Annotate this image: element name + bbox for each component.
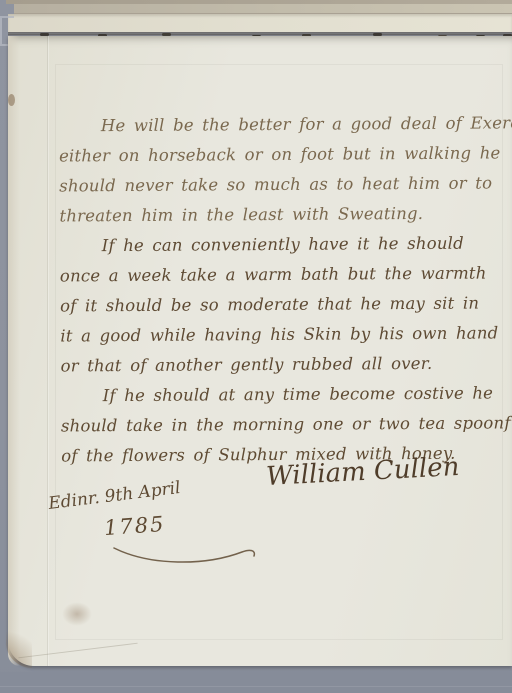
letter-paragraph: If he can conveniently have it he should…	[60, 229, 481, 382]
bottom-crease	[18, 643, 137, 659]
deckle-edge	[8, 36, 20, 666]
letter-line: it a good while having his Skin by his o…	[60, 319, 480, 352]
letter-line: If he should at any time become costive …	[61, 379, 481, 412]
paper-stain	[62, 602, 92, 626]
letter-line: of it should be so moderate that he may …	[60, 289, 480, 322]
letter-line: threaten him in the least with Sweating.	[59, 199, 479, 232]
page-edge-band-cream	[8, 14, 512, 32]
letter-page: He will be the better for a good deal of…	[8, 36, 512, 666]
dateline-year: 1785	[103, 512, 166, 540]
flourish-stroke	[110, 542, 260, 566]
letter-line: If he can conveniently have it he should	[60, 229, 480, 262]
letter-line: He will be the better for a good deal of…	[59, 109, 479, 142]
manuscript-photo: He will be the better for a good deal of…	[0, 0, 512, 693]
page-edge-band-middle	[14, 4, 512, 14]
letter-line: once a week take a warm bath but the war…	[60, 259, 480, 292]
letter-line: should take in the morning one or two te…	[61, 409, 481, 442]
background-seam-line	[0, 686, 512, 687]
letter-paragraph: He will be the better for a good deal of…	[59, 109, 480, 232]
fold-crease	[47, 36, 48, 666]
background-bottom-strip	[0, 672, 512, 693]
edge-stain	[8, 94, 15, 106]
page-gap-line	[8, 34, 512, 35]
letter-line: or that of another gently rubbed all ove…	[60, 349, 480, 382]
letter-text: He will be the better for a good deal of…	[59, 109, 482, 472]
letter-line: either on horseback or on foot but in wa…	[59, 139, 479, 172]
letter-line: should never take so much as to heat him…	[59, 169, 479, 202]
